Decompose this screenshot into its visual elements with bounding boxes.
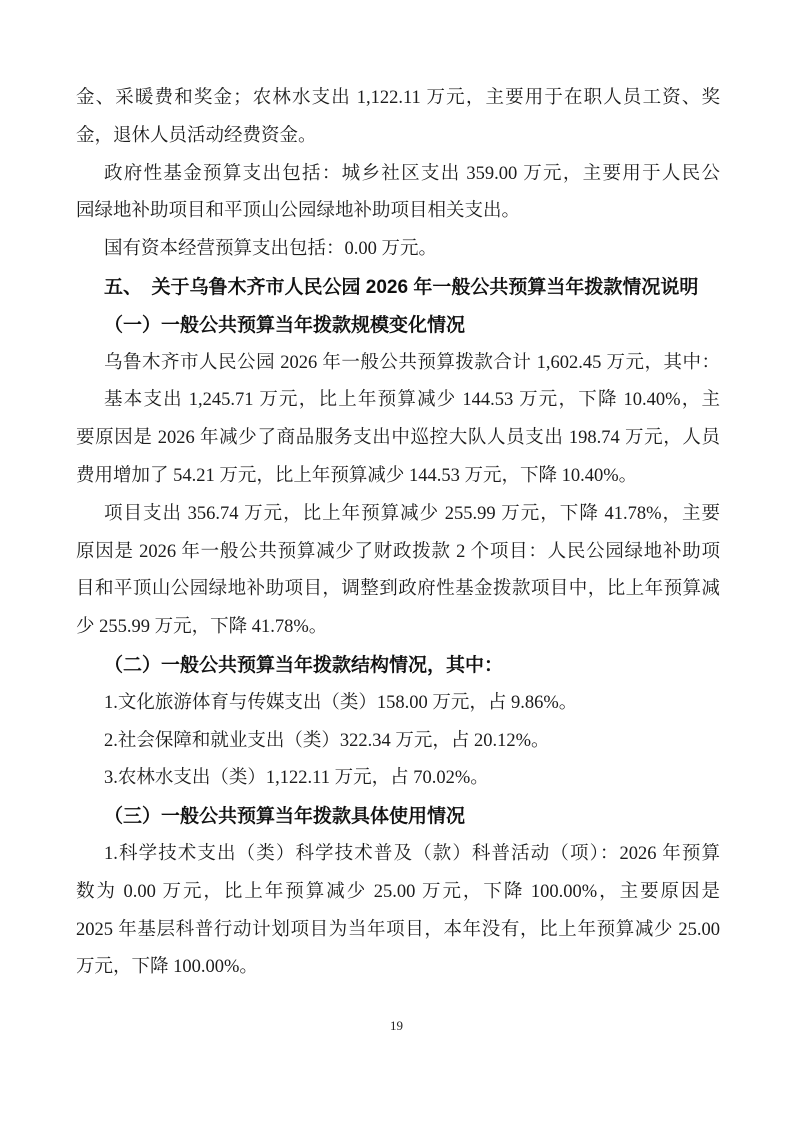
body-line: 乌鲁木齐市人民公园 2026 年一般公共预算拨款合计 1,602.45 万元，其…	[76, 345, 720, 383]
document-body: 金、采暖费和奖金；农林水支出 1,122.11 万元，主要用于在职人员工资、奖金…	[76, 80, 720, 987]
body-line: 1.科学技术支出（类）科学技术普及（款）科普活动（项）：2026 年预算	[76, 836, 720, 874]
heading-line: （二）一般公共预算当年拨款结构情况，其中：	[76, 647, 720, 685]
heading-line: （一）一般公共预算当年拨款规模变化情况	[76, 307, 720, 345]
body-line: 金，退休人员活动经费资金。	[76, 118, 720, 156]
body-line: 1.文化旅游体育与传媒支出（类）158.00 万元，占 9.86%。	[76, 685, 720, 723]
body-line: 万元，下降 100.00%。	[76, 949, 720, 987]
body-line: 政府性基金预算支出包括：城乡社区支出 359.00 万元，主要用于人民公	[76, 156, 720, 194]
page-number: 19	[0, 1018, 793, 1034]
document-page: 金、采暖费和奖金；农林水支出 1,122.11 万元，主要用于在职人员工资、奖金…	[0, 0, 793, 1122]
body-line: 3.农林水支出（类）1,122.11 万元，占 70.02%。	[76, 760, 720, 798]
body-line: 费用增加了 54.21 万元，比上年预算减少 144.53 万元，下降 10.4…	[76, 458, 720, 496]
body-line: 数为 0.00 万元，比上年预算减少 25.00 万元，下降 100.00%，主…	[76, 874, 720, 912]
body-line: 国有资本经营预算支出包括：0.00 万元。	[76, 231, 720, 269]
body-line: 少 255.99 万元，下降 41.78%。	[76, 609, 720, 647]
body-line: 园绿地补助项目和平顶山公园绿地补助项目相关支出。	[76, 193, 720, 231]
body-line: 基本支出 1,245.71 万元，比上年预算减少 144.53 万元，下降 10…	[76, 382, 720, 420]
body-line: 要原因是 2026 年减少了商品服务支出中巡控大队人员支出 198.74 万元，…	[76, 420, 720, 458]
body-line: 目和平顶山公园绿地补助项目，调整到政府性基金拨款项目中，比上年预算减	[76, 571, 720, 609]
body-line: 2.社会保障和就业支出（类）322.34 万元，占 20.12%。	[76, 723, 720, 761]
body-line: 2025 年基层科普行动计划项目为当年项目，本年没有，比上年预算减少 25.00	[76, 912, 720, 950]
body-line: 原因是 2026 年一般公共预算减少了财政拨款 2 个项目：人民公园绿地补助项	[76, 534, 720, 572]
heading-line: 五、 关于乌鲁木齐市人民公园 2026 年一般公共预算当年拨款情况说明	[76, 269, 720, 307]
body-line: 金、采暖费和奖金；农林水支出 1,122.11 万元，主要用于在职人员工资、奖	[76, 80, 720, 118]
heading-line: （三）一般公共预算当年拨款具体使用情况	[76, 798, 720, 836]
body-line: 项目支出 356.74 万元，比上年预算减少 255.99 万元，下降 41.7…	[76, 496, 720, 534]
